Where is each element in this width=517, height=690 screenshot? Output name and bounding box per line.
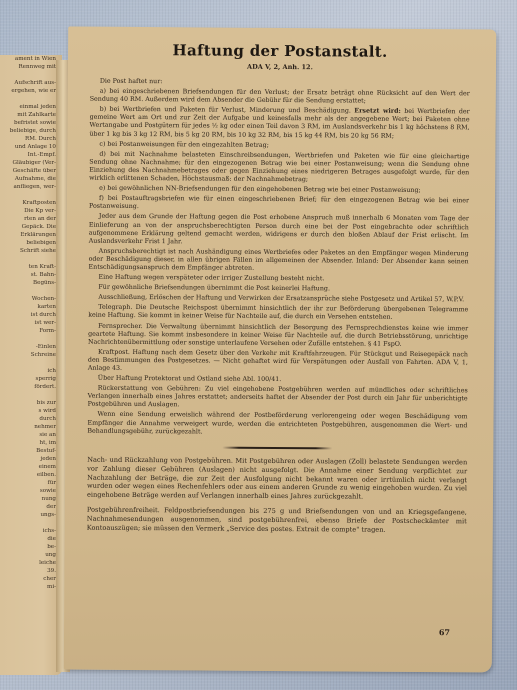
paragraph: d) bei mit Nachnahme belasteten Einschre… [89,150,469,185]
previous-page-text-fragment: ung [0,551,62,559]
paragraph: Rückerstattung von Gebühren: Zu viel ein… [88,385,468,412]
previous-page-text-fragment: sie an [0,431,62,439]
previous-page-text-fragment: einem [0,463,62,471]
previous-page-text-fragment: fördert. [0,383,62,391]
previous-page-text-fragment: die [0,535,62,543]
previous-page-text-fragment [0,359,62,367]
document-page: Haftung der Postanstalt. ADA V, 2, Anh. … [64,27,496,673]
previous-page-text-fragment: befristet sowie [0,119,62,127]
previous-page-text-fragment: jeden [0,455,62,463]
paragraph: b) bei Wertbriefen und Paketen für Verlu… [89,106,469,141]
previous-page-text-fragment: Schreine [0,351,62,359]
previous-page-text-fragment: Kraftposten [0,199,62,207]
previous-page-text-fragment: und Anlage 10 [0,143,62,151]
bold-lead: Ersetzt wird: [354,108,401,115]
previous-page-text-fragment: für [0,479,62,487]
previous-page-text-fragment: leiche [0,559,62,567]
previous-page-text-fragment: ungs- [0,511,62,519]
previous-page-text-fragment [0,287,62,295]
page-content: Haftung der Postanstalt. ADA V, 2, Anh. … [87,41,470,538]
previous-page-text-fragment: mit Zahlkarte [0,111,62,119]
previous-page-text-fragment: bis zur [0,399,62,407]
previous-page-text-fragment: ament in Wien [0,55,62,63]
previous-page-text-fragment: Erklärungen [0,231,62,239]
previous-page-text-fragment [0,191,62,199]
previous-page-text-fragment: einmal jeden [0,103,62,111]
previous-page-text-fragment: ht, im [0,439,62,447]
previous-page-text-fragment [0,335,62,343]
paragraph: Fernsprecher. Die Verwaltung übernimmt h… [88,322,468,349]
previous-page-text-fragment: ist wer- [0,319,62,327]
paragraph: Die Post haftet nur: [90,78,470,89]
previous-page-text-fragment: beliebige, durch [0,127,62,135]
previous-page-text-fragment: Aufschrift aus- [0,79,62,87]
previous-page-text-fragment: Form- [0,327,62,335]
page-title: Haftung der Postanstalt. [90,41,470,62]
previous-page-text-fragment: Int.-Empf. [0,151,62,159]
page-subtitle: ADA V, 2, Anh. 12. [90,62,470,73]
previous-page-text-fragment: Rennweg mit [0,63,62,71]
previous-page-text-fragment: Gläubiger (Ver- [0,159,62,167]
previous-page-text-fragment: anfliegen, wer- [0,183,62,191]
previous-page-text-fragment: mi- [0,583,62,591]
paragraph: Über Haftung Protektorat und Ostland sie… [88,375,468,386]
previous-page-text-fragment [0,95,62,103]
previous-page-text-fragment: Aufnahme, die [0,175,62,183]
previous-page-text-fragment: rten an der [0,215,62,223]
previous-page-text-fragment: ten Kraft- [0,263,62,271]
previous-page-text-fragment: nung [0,495,62,503]
paragraph: Nach- und Rückzahlung von Postgebühren. … [87,455,467,502]
previous-page-text-fragment: eilben. [0,471,62,479]
previous-page-text-fragment: beliebigen [0,239,62,247]
previous-page-text-fragment: Bestuf- [0,447,62,455]
previous-page-text-fragment: karten [0,303,62,311]
previous-page-text-fragment: Begüns- [0,279,62,287]
previous-page-text-fragment [0,71,62,79]
previous-page-text-fragment: ich [0,367,62,375]
paragraph: Eine Haftung wegen verspäteter oder irri… [88,274,468,285]
previous-page-edge: ament in WienRennweg mitAufschrift aus-e… [0,55,62,675]
previous-page-text-fragment: Die Kp ver- [0,207,62,215]
previous-page-text-fragment: sperrig [0,375,62,383]
previous-page-text-fragment: der [0,503,62,511]
paragraph: Jeder aus dem Grunde der Haftung gegen d… [89,213,469,248]
previous-page-text-fragment: -Einlen [0,343,62,351]
previous-page-text-fragment: cher [0,575,62,583]
previous-page-text-fragment: ichs- [0,527,62,535]
previous-page-text-fragment: sowie [0,487,62,495]
previous-page-text-fragment: st. Bahn- [0,271,62,279]
previous-page-text-fragment: ergehen, wie er [0,87,62,95]
paragraph: Wenn eine Sendung erweislich während der… [87,411,467,438]
previous-page-text-fragment [0,391,62,399]
previous-page-text-fragment: Geschäfte über [0,167,62,175]
previous-page-text-fragment [0,519,62,527]
paragraph: Ausschließung, Erlöschen der Haftung und… [88,294,468,305]
previous-page-text-fragment: durch [0,415,62,423]
paragraph: Anspruchsberechtigt ist nach Aushändigun… [89,247,469,274]
previous-page-text-fragment: be- [0,543,62,551]
previous-page-text-fragment [0,255,62,263]
paragraph: a) bei eingeschriebenen Briefsendungen f… [90,88,470,107]
page-number: 67 [439,627,450,637]
paragraph: Postgebührenfreiheit. Feldpostbriefsendu… [87,506,467,535]
previous-page-text-fragment: 39. [0,567,62,575]
previous-page-text-fragment: Schrift siehe [0,247,62,255]
paragraph: Kraftpost. Haftung nach dem Gesetz über … [88,348,468,375]
paragraph-list: Die Post haftet nur:a) bei eingeschriebe… [87,78,470,536]
paragraph: c) bei Postanweisungen für den eingezahl… [89,140,469,151]
previous-page-text-fragment: ist durch [0,311,62,319]
paragraph: e) bei gewöhnlichen NN-Briefsendungen fü… [89,185,469,196]
previous-page-text-fragment: Gepäck. Die [0,223,62,231]
paragraph: Telegraph. Die Deutsche Reichspost übern… [88,304,468,323]
previous-page-text-fragment: Wochen- [0,295,62,303]
previous-page-text-fragment: s wird [0,407,62,415]
previous-page-text-fragment: RM. Durch [0,135,62,143]
paragraph: f) bei Postauftragsbriefen wie für einen… [89,195,469,214]
paragraph: Für gewöhnliche Briefsendungen übernimmt… [88,284,468,295]
section-divider [222,446,332,449]
previous-page-text-fragment: nehmer [0,423,62,431]
